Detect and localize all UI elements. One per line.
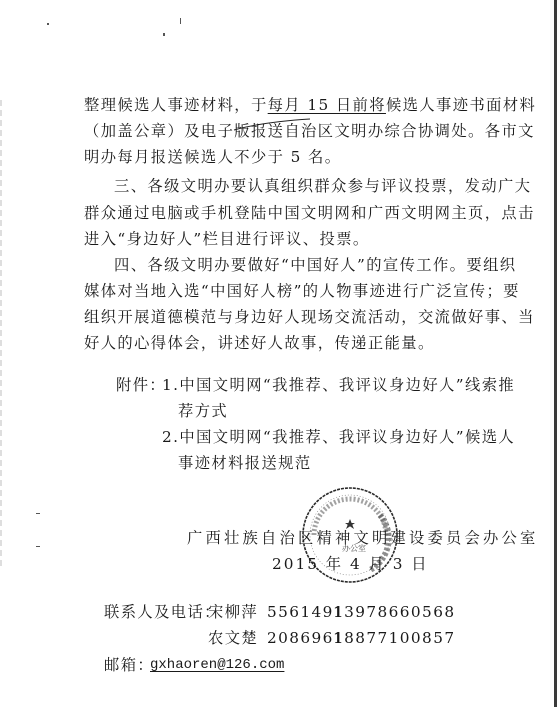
paragraph-4-line-4: 好人的心得体会，讲述好人故事，传递正能量。 (84, 333, 435, 353)
issuing-organization: 广西壮族自治区精神文明建设委员会办公室 (187, 528, 538, 548)
paragraph-4-line-1: 四、各级文明办要做好“中国好人”的宣传工作。要组织 (114, 255, 516, 275)
attachment-1-line-2: 荐方式 (178, 401, 228, 421)
attachment-number: 2. (162, 428, 179, 446)
attachment-number: 1. (162, 376, 179, 394)
attachment-2-line-1: 2.中国文明网“我推荐、我评议身边好人”候选人 (162, 427, 515, 447)
text-segment: 候选人事迹书面材料 (386, 96, 536, 114)
email-link[interactable]: gxhaoren@126.com (150, 655, 284, 675)
scanned-document-page: 整理候选人事迹材料，于每月 15 日前将候选人事迹书面材料 （加盖公章）及电子版… (0, 0, 557, 707)
contacts-label: 联系人及电话： (104, 602, 221, 622)
paragraph-2-line-1: 整理候选人事迹材料，于每月 15 日前将候选人事迹书面材料 (84, 95, 536, 115)
issue-date: 2015 年 4 月 3 日 (272, 554, 429, 574)
attachment-1-line-1: 1.中国文明网“我推荐、我评议身边好人”线索推 (162, 375, 515, 395)
attachment-title: 中国文明网“我推荐、我评议身边好人”候选人 (179, 428, 515, 446)
scan-speck (36, 546, 40, 547)
scan-edge-artifact (0, 100, 2, 570)
paragraph-3-line-2: 群众通过电脑或手机登陆中国文明网和广西文明网主页，点击 (84, 203, 535, 223)
paragraph-3-line-1: 三、各级文明办要认真组织群众参与评议投票，发动广大 (114, 176, 531, 196)
underlined-deadline: 每月 15 日前将 (268, 96, 386, 114)
paragraph-3-line-3: 进入“身边好人”栏目进行评议、投票。 (84, 229, 370, 249)
paragraph-4-line-2: 媒体对当地入选“中国好人榜”的人物事迹进行广泛宣传；要 (84, 281, 520, 301)
attachment-title: 中国文明网“我推荐、我评议身边好人”线索推 (179, 376, 515, 394)
text-segment: 整理候选人事迹材料，于 (84, 96, 268, 114)
contact-1-mobile: 13978660568 (333, 602, 455, 622)
attachment-2-line-2: 事迹材料报送规范 (178, 453, 312, 473)
contact-2-name: 农文楚 (208, 628, 258, 648)
scan-speck (163, 33, 165, 36)
paragraph-2-line-2: （加盖公章）及电子版报送自治区文明办综合协调处。各市文 (84, 121, 535, 141)
email-label: 邮箱： (104, 655, 154, 675)
scan-speck (180, 18, 181, 24)
contact-1-name: 宋柳萍 (208, 602, 258, 622)
attachments-label: 附件： (116, 375, 166, 395)
paragraph-4-line-3: 组织开展道德模范与身边好人现场交流活动，交流做好事、当 (84, 307, 535, 327)
scan-speck (47, 23, 49, 25)
paragraph-2-line-3: 明办每月报送候选人不少于 5 名。 (84, 147, 341, 167)
contact-2-mobile: 18877100857 (333, 628, 455, 648)
scan-speck (36, 513, 40, 514)
